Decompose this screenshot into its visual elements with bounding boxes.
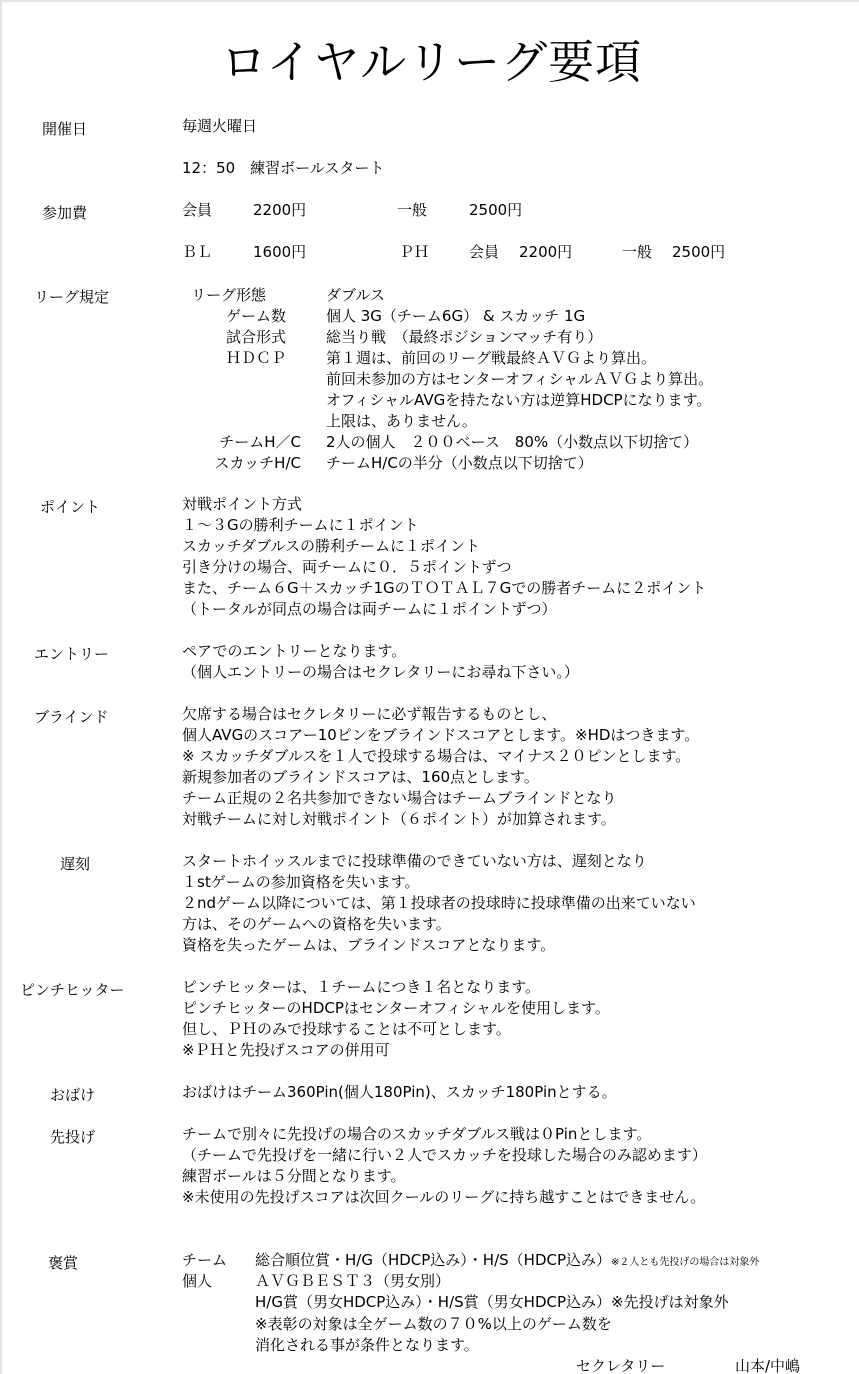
points-line: スカッチダブルスの勝利チームに１ポイント (182, 536, 480, 557)
secretary-names: 山本/中嶋 (735, 1356, 800, 1374)
rule-value: オフィシャルAVGを持たない方は逆算HDCPになります。 (326, 390, 711, 411)
pinch-hitter-line: ピンチヒッターは、１チームにつき１名となります。 (182, 977, 540, 998)
late-label: 遅刻 (60, 853, 90, 874)
awards-individual-line: H/G賞（男女HDCP込み）・H/S賞（男女HDCP込み）※先投げは対象外 (255, 1292, 729, 1313)
awards-note-line: 消化される事が条件となります。 (255, 1335, 479, 1356)
rule-value: 前回未参加の方はセンターオフィシャルＡＶＧより算出。 (326, 369, 713, 390)
rules-label: リーグ規定 (34, 286, 109, 307)
points-line: また、チーム６G＋スカッチ1GのＴＯＴＡＬ７Gでの勝者チームに２ポイント (182, 578, 706, 599)
secretary-label: セクレタリー (576, 1356, 665, 1374)
awards-label: 褒賞 (48, 1252, 78, 1273)
rule-key: スカッチH/C (161, 453, 301, 474)
points-line: （トータルが同点の場合は両チームに１ポイントずつ） (182, 599, 557, 620)
late-line: スタートホイッスルまでに投球準備のできていない方は、遅刻となり (182, 851, 647, 872)
rule-value: 第１週は、前回のリーグ戦最終ＡＶＧより算出。 (326, 348, 656, 369)
rule-value: 総当り戦 （最終ポジションマッチ有り） (326, 327, 602, 348)
ghost-label: おばけ (50, 1084, 95, 1105)
pinch-hitter-line: ピンチヒッターのHDCPはセンターオフィシャルを使用します。 (182, 998, 610, 1019)
blind-line: 新規参加者のブラインドスコアは、160点とします。 (182, 767, 539, 788)
fee-member-value: 2200円 (253, 200, 306, 221)
blind-line: 対戦チームに対し対戦ポイント（６ポイント）が加算されます。 (182, 809, 616, 830)
awards-team-note: ※２人とも先投げの場合は対象外 (611, 1257, 759, 1268)
prebowl-label: 先投げ (50, 1126, 95, 1147)
late-line: 方は、そのゲームへの資格を失います。 (182, 914, 451, 935)
prebowl-line: ※未使用の先投げスコアは次回クールのリーグに持ち越すことはできません。 (182, 1187, 705, 1208)
blind-label: ブラインド (34, 706, 109, 727)
rule-value: 個人 3G（チーム6G） & スカッチ 1G (326, 306, 585, 327)
fee-ph-general-value: 2500円 (672, 242, 725, 263)
fee-label: 参加費 (42, 202, 87, 223)
blind-line: 個人AVGのスコアー10ピンをブラインドスコアとします。※HDはつきます。 (182, 725, 699, 746)
awards-team-label: チーム (182, 1250, 227, 1271)
prebowl-line: （チームで先投げを一緒に行い２人でスカッチを投球した場合のみ認めます） (182, 1145, 707, 1166)
awards-individual-label: 個人 (182, 1271, 212, 1292)
late-line: ２ndゲーム以降については、第１投球者の投球時に投球準備の出来ていない (182, 893, 696, 914)
pinch-hitter-line: ※ＰＨと先投げスコアの併用可 (182, 1040, 390, 1061)
fee-general-label: 一般 (397, 200, 427, 221)
fee-ph-label: ＰＨ (399, 242, 429, 263)
entry-line: ペアでのエントリーとなります。 (182, 641, 406, 662)
awards-team-text: 総合順位賞・H/G（HDCP込み）・H/S（HDCP込み） (255, 1251, 611, 1269)
points-label: ポイント (40, 496, 100, 517)
schedule-time: 12：50 練習ボールスタート (182, 158, 384, 179)
rule-key: チームH／C (161, 432, 301, 453)
late-line: 資格を失ったゲームは、ブラインドスコアとなります。 (182, 935, 555, 956)
blind-line: 欠席する場合はセクレタリーに必ず報告するものとし、 (182, 704, 556, 725)
fee-bl-value: 1600円 (253, 242, 306, 263)
ghost-line: おばけはチーム360Pin(個人180Pin)、スカッチ180Pinとする。 (182, 1082, 617, 1103)
rule-key: 試合形式 (146, 327, 286, 348)
page-title: ロイヤルリーグ要項 (2, 26, 859, 92)
awards-team-value: 総合順位賞・H/G（HDCP込み）・H/S（HDCP込み）※２人とも先投げの場合… (255, 1250, 759, 1273)
rule-key: ゲーム数 (146, 306, 286, 327)
blind-line: チーム正規の２名共参加できない場合はチームブラインドとなり (182, 788, 617, 809)
schedule-day: 毎週火曜日 (182, 116, 257, 137)
rule-key: ＨＤＣＰ (146, 348, 286, 369)
entry-line: （個人エントリーの場合はセクレタリーにお尋ね下さい。） (182, 662, 579, 683)
entry-label: エントリー (34, 643, 109, 664)
rule-value: ダブルス (326, 285, 385, 306)
rule-value: 2人の個人 ２００ベース 80%（小数点以下切捨て） (326, 432, 698, 453)
fee-general-value: 2500円 (469, 200, 522, 221)
points-line: 引き分けの場合、両チームに０．５ポイントずつ (182, 557, 512, 578)
fee-ph-member-value: 2200円 (519, 242, 572, 263)
points-line: 対戦ポイント方式 (182, 494, 302, 515)
pinch-hitter-line: 但し、ＰＨのみで投球することは不可とします。 (182, 1019, 511, 1040)
fee-ph-general-label: 一般 (622, 242, 652, 263)
fee-ph-member-label: 会員 (469, 242, 499, 263)
points-line: １～３Gの勝利チームに１ポイント (182, 515, 419, 536)
awards-note-line: ※表彰の対象は全ゲーム数の７０%以上のゲーム数を (255, 1314, 612, 1335)
pinch-hitter-label: ピンチヒッター (20, 979, 125, 1000)
late-line: １stゲームの参加資格を失います。 (182, 872, 420, 893)
awards-individual-line: ＡＶＧＢＥＳＴ３（男女別） (255, 1271, 450, 1292)
rule-value: チームH/Cの半分（小数点以下切捨て） (326, 453, 593, 474)
rule-key: リーグ形態 (191, 285, 266, 306)
blind-line: ※ スカッチダブルスを１人で投球する場合は、マイナス２０ピンとします。 (182, 746, 690, 767)
fee-member-label: 会員 (182, 200, 212, 221)
prebowl-line: 練習ボールは５分間となります。 (182, 1166, 406, 1187)
schedule-label: 開催日 (42, 118, 87, 139)
prebowl-line: チームで別々に先投げの場合のスカッチダブルス戦は０Pinとします。 (182, 1124, 651, 1145)
rule-value: 上限は、ありません。 (326, 411, 477, 432)
fee-bl-label: ＢＬ (182, 242, 212, 263)
